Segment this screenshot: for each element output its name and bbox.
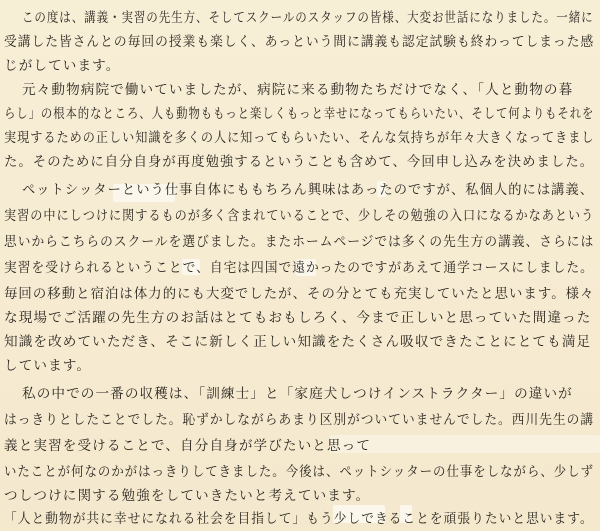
paragraph-2-line-4: た。そのために自分自身が再度勉強するということも含めて、今回申し込みを決めました… (4, 152, 594, 174)
paragraph-4-line-2: はっきりとしたことでした。恥ずかしながらあまり区別がついていませんでした。西川先… (4, 410, 594, 432)
paragraph-2-line-2: らし」の根本的なところ、人も動物ももっと楽しくもっと幸せになってもらいたい、そし… (4, 104, 594, 126)
paragraph-4-line-3: 義と実習を受けることで、自分自身が学びたいと思って (4, 436, 371, 458)
paragraph-1-line-2: 受講した皆さんとの毎回の授業も楽しく、あっという間に講義も認定試験も終わってしま… (4, 32, 594, 54)
paragraph-3-line-5: 毎回の移動と宿泊は体力的にも大変でしたが、その分とても充実していたと思います。様… (4, 284, 595, 306)
paragraph-3-line-7: 知識を改めていただき、そこに新しく正しい知識をたくさん吸収できたことにとても満足 (4, 332, 591, 354)
paragraph-3-line-4: 実習を受けられるということで、自宅は四国で遠かったのですがあえて通学コースにしま… (4, 258, 594, 280)
paragraph-4-line-5: つしつけに関する勉強をしていきたいと考えています。 (4, 486, 370, 508)
paragraph-3-line-6: な現場でご活躍の先生方のお話はとてもおもしろく、今まで正しいと思っていた間違った (4, 308, 591, 330)
paragraph-3-line-2: 実習の中にしつけに関するものが多く含まれていることで、少しその勉強の入口になるか… (4, 206, 594, 228)
paragraph-3-line-1: ペットシッターという仕事自体にももちろん興味はあったのですが、私個人的には講義、 (22, 180, 594, 202)
paragraph-2-line-1: 元々動物病院で働いていましたが、病院に来る動物たちだけでなく、「人と動物の暮 (22, 80, 573, 102)
paragraph-1-line-3: じがしています。 (4, 56, 120, 78)
paragraph-3-line-8: しています。 (4, 356, 91, 378)
paragraph-3-line-3: 思いからこちらのスクールを選びました。またホームページでは多くの先生方の講義、さ… (4, 232, 594, 254)
paragraph-4-line-6: 「人と動物が共に幸せになれる社会を目指して」もう少しできることを頑張りたいと思い… (4, 509, 594, 531)
handwritten-letter: この度は、講義・実習の先生方、そしてスクールのスタッフの皆様、大変お世話になりま… (0, 0, 600, 531)
paragraph-4-line-4: いたことが何なのかがはっきりしてきました。今後は、ペットシッターの仕事をしながら… (4, 462, 594, 484)
paragraph-4-line-1: 私の中での一番の収穫は、「訓練士」と「家庭犬しつけインストラクター」の違いが (22, 384, 573, 406)
paragraph-1-line-1: この度は、講義・実習の先生方、そしてスクールのスタッフの皆様、大変お世話になりま… (22, 8, 594, 30)
paragraph-2-line-3: 実現するための正しい知識を多くの人に知ってもらいたい、そんな気持ちが年々大きくな… (4, 128, 594, 150)
